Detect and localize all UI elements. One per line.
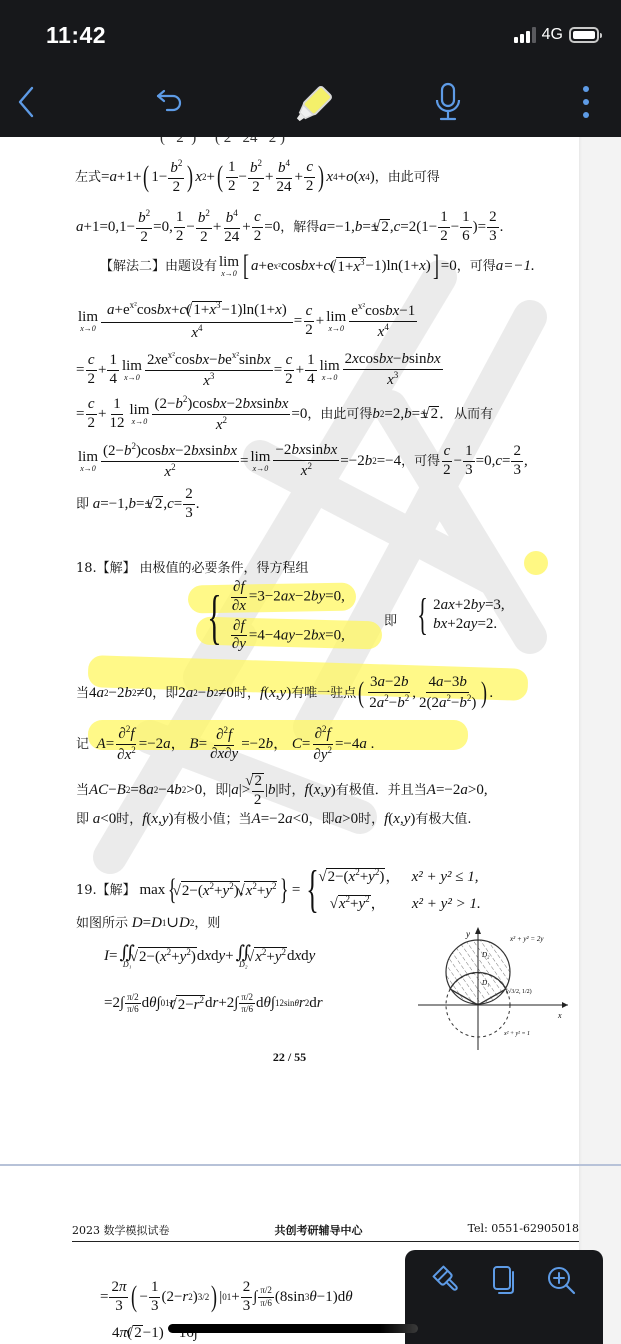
document-viewer[interactable]: ( 2 ) ( 2 24 2 ) 左式=a+1+(1−b22)x2+(12−b2… — [0, 137, 621, 1344]
status-time: 11:42 — [46, 22, 106, 49]
zoom-in-button[interactable] — [543, 1262, 579, 1298]
formula-line: limx→0(2−b2)cosbx−2bxsinbxx2=limx→0−2bxs… — [76, 442, 528, 481]
formula-line: limx→0a+ex²cosbx+c(1+x3−1)ln(1+x)x4=c2+l… — [76, 301, 418, 342]
highlighter-button[interactable] — [286, 82, 336, 132]
formula-line: =c2+112limx→0(2−b2)cosbx−2bxsinbxx2=0，由此… — [76, 395, 493, 434]
formula-line: 左式=a+1+(1−b22)x2+(12−b22+b424+c2)x4+o(x4… — [75, 159, 440, 196]
page-gutter — [579, 137, 621, 1344]
signal-icon — [514, 27, 536, 43]
header-left: 2023 数学模拟试卷 — [72, 1222, 170, 1238]
page-separator — [0, 1164, 621, 1166]
svg-text:(√3/2, 1/2): (√3/2, 1/2) — [506, 988, 532, 995]
formula-line: =c2+14limx→02xex²cosbx−bex²sinbxx3=c2+14… — [76, 351, 444, 390]
paintbrush-button[interactable] — [429, 1262, 465, 1298]
header-right: Tel: 0551-62905018 — [468, 1222, 579, 1238]
home-indicator[interactable] — [168, 1324, 418, 1333]
svg-text:D₁: D₁ — [481, 979, 490, 987]
microphone-button[interactable] — [428, 80, 468, 124]
more-button[interactable] — [566, 80, 606, 124]
back-button[interactable] — [6, 80, 46, 124]
region-diagram: y x D₂ D₁ x² + y² = 2y (√3/2, 1/2) x² + … — [418, 925, 578, 1055]
svg-text:D₂: D₂ — [481, 951, 490, 959]
cutoff-formula: ( 2 ) ( 2 24 2 ) — [160, 137, 285, 146]
svg-text:x: x — [557, 1011, 562, 1020]
equation-system-simplified: { 2ax+2by=3, bx+2ay=2. — [412, 595, 505, 635]
status-indicators: 4G — [514, 26, 599, 44]
battery-icon — [569, 27, 599, 43]
formula-line: =2π3(−13(2−r2)3/2)|01+23∫π/2π/6(8sin3θ−1… — [100, 1280, 353, 1315]
problem-18-heading: 18.【解】 由极值的必要条件，得方程组 — [76, 561, 308, 576]
ie-label: 即 — [384, 615, 397, 628]
formula-line: 即 a<0时，f(x,y)有极小值；当A=−2a<0，即a>0时，f(x,y)有… — [76, 812, 472, 827]
undo-button[interactable] — [150, 80, 190, 124]
floating-toolbar — [405, 1250, 603, 1344]
highlight-dot[interactable] — [524, 551, 548, 575]
copy-pages-icon — [489, 1264, 519, 1296]
network-type: 4G — [542, 26, 563, 44]
zoom-in-icon — [545, 1264, 577, 1296]
more-vertical-icon — [581, 84, 591, 120]
svg-text:x² + y² = 1: x² + y² = 1 — [503, 1031, 530, 1037]
formula-line: I=∬D₁2−(x2+y2)dxdy+∬D₂x2+y2dxdy — [104, 943, 315, 969]
formula-line: 当AC−B2=8a2−4b2>0，即|a|>22|b|时，f(x,y)有极值．并… — [76, 773, 488, 809]
pages-button[interactable] — [486, 1262, 522, 1298]
page-number: 22 / 55 — [0, 1050, 579, 1065]
formula-line: 如图所示 D=D1∪D2，则 — [76, 916, 220, 931]
microphone-icon — [434, 82, 462, 122]
formula-line: a+1=0,1−b22=0,12−b22+b424+c2=0，解得a=−1,b=… — [76, 209, 503, 246]
svg-text:y: y — [465, 929, 470, 939]
formula-line: =2∫π/2π/6dθ∫01r2−r2dr+2∫π/2π/6dθ∫12sinθr… — [104, 993, 323, 1015]
formula-line: 即 a=−1,b=±2,c=23. — [76, 487, 200, 522]
undo-arrow-icon — [154, 86, 186, 118]
formula-line: 【解法二】由题设有limx→0[a+ex²cosbx+c(1+x3−1)ln(1… — [100, 254, 535, 278]
next-page-header: 2023 数学模拟试卷 共创考研辅导中心 Tel: 0551-62905018 — [72, 1222, 579, 1242]
header-center: 共创考研辅导中心 — [275, 1222, 363, 1238]
highlighter-icon — [287, 83, 335, 131]
formula-line: 记 A=∂2f∂x2=−2a， B=∂2f∂x∂y=−2b， C=∂2f∂y2=… — [76, 725, 374, 764]
formula-line: 当4a2−2b2≠0，即2a2−b2≠0时，f(x,y)有唯一驻点(3a−2b2… — [76, 675, 493, 712]
chevron-left-icon — [15, 85, 37, 119]
svg-text:x² + y² = 2y: x² + y² = 2y — [509, 935, 544, 943]
top-bar: 11:42 4G — [0, 0, 621, 137]
formula-line: 19.【解】 max{2−(x2+y2),x2+y2}= { 2−(x2+y2)… — [76, 867, 481, 914]
equation-system: { ∂f∂x=3−2ax−2by=0, ∂f∂y=4−4ay−2bx=0, — [200, 580, 345, 653]
paintbrush-icon — [431, 1264, 463, 1296]
